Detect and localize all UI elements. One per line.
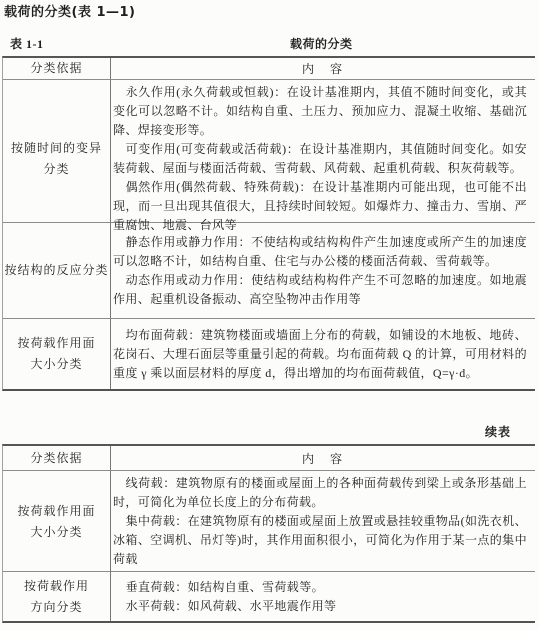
content-paragraph: 动态作用或动力作用：使结构或结构构件产生不可忽略的加速度。如地震作用、起重机设备…	[113, 271, 527, 309]
table-row-load-direction: 按荷载作用 方向分类 垂直荷载：如结构自重、雪荷载等。 水平荷载：如风荷载、水平…	[3, 572, 535, 621]
basis-line: 按结构的反应分类	[4, 260, 108, 281]
basis-line: 方向分类	[30, 597, 82, 618]
content-cell: 线荷载：建筑物原有的楼面或屋面上的各种面荷载传到梁上或条形基础上时，可简化为单位…	[111, 471, 535, 572]
content-paragraph: 线荷载：建筑物原有的楼面或屋面上的各种面荷载传到梁上或条形基础上时，可简化为单位…	[113, 474, 527, 512]
content-cell: 永久作用(永久荷载或恒载)：在设计基准期内，其值不随时间变化，或其变化可以忽略不…	[111, 80, 535, 238]
table1-caption: 载荷的分类	[104, 35, 539, 52]
content-cell: 静态作用或静力作用：不使结构或结构构件产生加速度或所产生的加速度可以忽略不计，如…	[111, 223, 535, 318]
basis-cell: 按荷载作用面 大小分类	[3, 471, 111, 572]
basis-line: 大小分类	[30, 522, 82, 543]
content-paragraph: 垂直荷载：如结构自重、雪荷载等。	[113, 578, 527, 597]
basis-line: 按荷载作用面	[17, 501, 95, 522]
table1-caption-row: 表 1-1 载荷的分类	[0, 35, 539, 51]
basis-line: 按荷载作用	[24, 576, 89, 597]
basis-cell: 按结构的反应分类	[3, 223, 111, 318]
header-basis-cell: 分类依据	[3, 58, 111, 79]
content-paragraph: 可变作用(可变荷载或活荷载)：在设计基准期内，其值随时间变化。如安装荷载、屋面与…	[113, 140, 527, 178]
content-paragraph: 静态作用或静力作用：不使结构或结构构件产生加速度或所产生的加速度可以忽略不计，如…	[113, 233, 527, 271]
scanned-document-page: 载荷的分类(表 1—1) 表 1-1 载荷的分类 分类依据 内 容 按随时间的变…	[0, 4, 539, 630]
basis-cell: 按荷载作用 方向分类	[3, 572, 111, 621]
table-header-row: 分类依据 内 容	[3, 446, 535, 471]
content-paragraph: 集中荷载：在建筑物原有的楼面或屋面上放置或悬挂较重物品(如洗衣机、冰箱、空调机、…	[113, 512, 527, 569]
basis-line: 大小分类	[30, 354, 82, 375]
basis-line: 按荷载作用面	[17, 333, 95, 354]
table1-number-label: 表 1-1	[10, 35, 44, 52]
basis-line: 分类	[43, 159, 69, 180]
load-classification-table-1: 分类依据 内 容 按随时间的变异 分类 永久作用(永久荷载或恒载)：在设计基准期…	[2, 56, 535, 391]
basis-line: 按随时间的变异	[11, 138, 102, 159]
load-classification-table-2: 分类依据 内 容 按荷载作用面 大小分类 线荷载：建筑物原有的楼面或屋面上的各种…	[2, 444, 535, 623]
content-paragraph: 均布面荷载：建筑物楼面或墙面上分布的荷载，如铺设的木地板、地砖、花岗石、大理石面…	[113, 326, 527, 383]
table-row-structural-response: 按结构的反应分类 静态作用或静力作用：不使结构或结构构件产生加速度或所产生的加速…	[3, 223, 535, 319]
table-row-contact-area-continued: 按荷载作用面 大小分类 线荷载：建筑物原有的楼面或屋面上的各种面荷载传到梁上或条…	[3, 471, 535, 572]
header-basis-cell: 分类依据	[3, 446, 111, 470]
table-header-row: 分类依据 内 容	[3, 58, 535, 80]
header-content-cell: 内 容	[111, 58, 535, 79]
content-paragraph: 水平荷载：如风荷载、水平地震作用等	[113, 597, 527, 616]
table-row-time-variation: 按随时间的变异 分类 永久作用(永久荷载或恒载)：在设计基准期内，其值不随时间变…	[3, 80, 535, 223]
page-title: 载荷的分类(表 1—1)	[4, 4, 539, 22]
content-cell: 均布面荷载：建筑物楼面或墙面上分布的荷载，如铺设的木地板、地砖、花岗石、大理石面…	[111, 319, 535, 389]
basis-cell: 按荷载作用面 大小分类	[3, 319, 111, 389]
content-paragraph: 永久作用(永久荷载或恒载)：在设计基准期内，其值不随时间变化，或其变化可以忽略不…	[113, 83, 527, 140]
basis-cell: 按随时间的变异 分类	[3, 80, 111, 238]
continued-table-label: 续表	[0, 423, 539, 437]
content-cell: 垂直荷载：如结构自重、雪荷载等。 水平荷载：如风荷载、水平地震作用等	[111, 572, 535, 621]
header-content-cell: 内 容	[111, 446, 535, 470]
table-row-contact-area: 按荷载作用面 大小分类 均布面荷载：建筑物楼面或墙面上分布的荷载，如铺设的木地板…	[3, 319, 535, 389]
